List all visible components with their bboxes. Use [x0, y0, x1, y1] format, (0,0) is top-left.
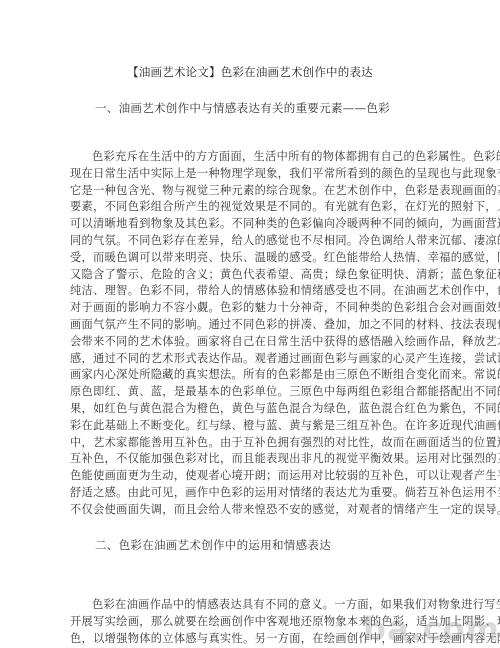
paragraph-line: 它是一种包含光、物与视觉三种元素的综合现象。在艺术创作中，色彩是表现画面的基本 [70, 183, 426, 200]
paragraph-line: 画家内心深处所隐藏的真实想法。所有的色彩都是由三原色不断组合变化而来。常说的三 [70, 367, 426, 384]
paragraph-line: 同的气氛。不同色彩存在差异，给人的感觉也不尽相同。冷色调给人带来沉郁、凄凉的感 [70, 233, 426, 250]
paragraph-line: 对于画面的影响力不容小觑。色彩的魅力十分神奇，不同种类的色彩组合会对画面效果、 [70, 300, 426, 317]
paragraph-line: 原色即红、黄、蓝，是最基本的色彩单位。三原色中每两组色彩组合都能搭配出不同的效 [70, 384, 426, 401]
section-1-heading: 一、油画艺术创作中与情感表达有关的重要元素——色彩 [95, 100, 390, 116]
paragraph-line: 色彩充斥在生活中的方方面面，生活中所有的物体都拥有自己的色彩属性。色彩的显 [70, 149, 426, 166]
paragraph-line: 现在日常生活中实际上是一种物理学现象，我们平常所看到的颜色的呈现也与此现象有关， [70, 166, 426, 183]
paragraph-line: 要素，不同色彩组合所产生的视觉效果是不同的。有光就有色彩，在灯光的照射下，人们 [70, 199, 426, 216]
section-2-heading: 二、色彩在油画艺术创作中的运用和情感表达 [95, 537, 331, 553]
paragraph-line: 中，艺术家都能善用互补色。由于互补色拥有强烈的对比性，故而在画面适当的位置运用 [70, 435, 426, 452]
paragraph-line: 色能使画面更为生动，使观者心境开朗；而运用对比较弱的互补色，可以让观者产生平静、 [70, 468, 426, 485]
document-page: 【油画艺术论文】色彩在油画艺术创作中的表达 一、油画艺术创作中与情感表达有关的重… [0, 0, 500, 648]
paragraph-line: 画面气氛产生不同的影响。通过不同色彩的拼凑、叠加，加之不同的材料、技法表现作品， [70, 317, 426, 334]
paragraph-line: 受，而暖色调可以带来明亮、快乐、温暖的感受。红色能带给人热情、幸福的感觉，同时 [70, 250, 426, 267]
paragraph-line: 舒适之感。由此可见，画作中色彩的运用对情绪的表达尤为重要。倘若互补色运用不当， [70, 485, 426, 502]
paragraph-line: 互补色，不仅能加强色彩对比，而且能表现出非凡的视觉平衡效果。运用对比强烈的互补 [70, 451, 426, 468]
paragraph-line: 纯洁、理智。色彩不同，带给人的情感体验和情绪感受也不同。在油画艺术创作中，色彩 [70, 283, 426, 300]
paragraph-line: 又隐含了警示、危险的含义；黄色代表希望、高贵；绿色象征明快、清新；蓝色象征和平、 [70, 267, 426, 284]
paragraph-line: 会带来不同的艺术体验。画家将自己在日常生活中获得的感悟融入绘画作品，释放艺术灵 [70, 334, 426, 351]
paragraph-line: 可以清晰地看到物象及其色彩。不同种类的色彩偏向冷暖两种不同的倾向，为画面营造不 [70, 216, 426, 233]
section-1-paragraph: 色彩充斥在生活中的方方面面，生活中所有的物体都拥有自己的色彩属性。色彩的显 现在… [70, 149, 426, 519]
document-title: 【油画艺术论文】色彩在油画艺术创作中的表达 [0, 64, 500, 80]
paragraph-line: 彩在此基础上不断变化。红与绿、橙与蓝、黄与紫是三组互补色。在许多近现代油画作品 [70, 418, 426, 435]
paragraph-line: 不仅会使画面失调，而且会给人带来惶恐不安的感觉，对观者的情绪产生一定的误导。 [70, 502, 426, 519]
site-watermark: ba.com [363, 610, 500, 648]
paragraph-line: 感，通过不同的艺术形式表达作品。观者通过画面色彩与画家的心灵产生连接，尝试读懂 [70, 351, 426, 368]
paragraph-line: 果，如红色与黄色混合为橙色，黄色与蓝色混合为绿色，蓝色混合红色为紫色，不同的色 [70, 401, 426, 418]
